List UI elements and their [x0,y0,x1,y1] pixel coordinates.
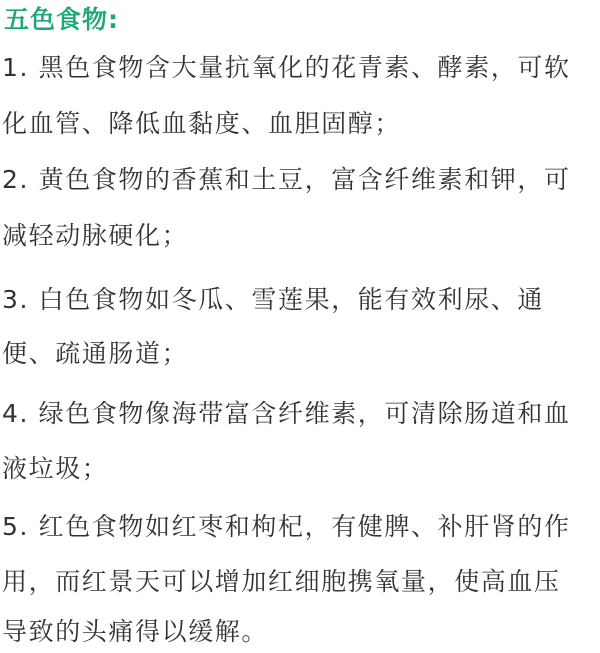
item-1-line-2: 化血管、降低血黏度、血胆固醇； [2,104,401,144]
item-5-line-1: 5. 红色食物如红枣和枸杞，有健脾、补肝肾的作 [2,507,571,547]
item-5-line-2: 用，而红景天可以增加红细胞携氧量，使高血压 [2,562,561,602]
section-title: 五色食物: [4,0,119,40]
item-4-line-2: 液垃圾； [2,449,108,489]
item-3-line-1: 3. 白色食物如冬瓜、雪莲果，能有效利尿、通 [2,280,544,320]
item-4-line-1: 4. 绿色食物像海带富含纤维素，可清除肠道和血 [2,394,571,434]
item-3-line-2: 便、疏通肠道； [2,334,188,374]
item-5-line-3: 导致的头痛得以缓解。 [2,612,268,652]
item-2-line-2: 减轻动脉硬化； [2,216,188,256]
item-2-line-1: 2. 黄色食物的香蕉和土豆，富含纤维素和钾，可 [2,160,571,200]
item-1-line-1: 1. 黑色食物含大量抗氧化的花青素、酵素，可软 [2,48,571,88]
